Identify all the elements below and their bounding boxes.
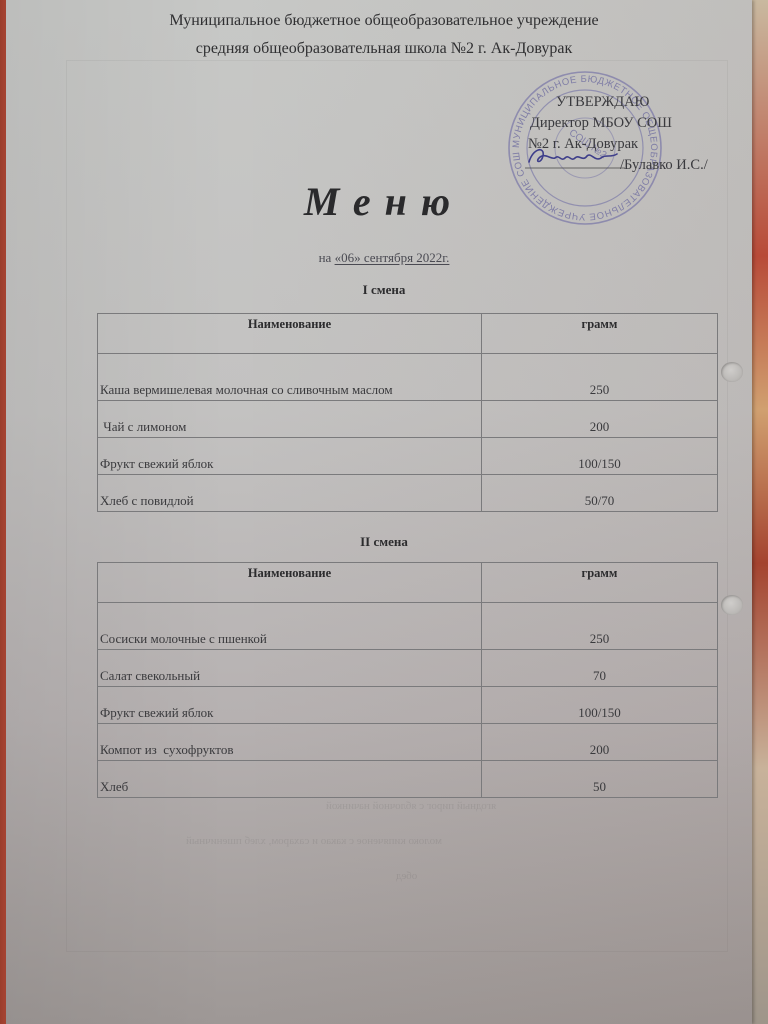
table-row: Хлеб с повидлой 50/70 <box>98 475 718 512</box>
dish-grams: 200 <box>482 401 718 438</box>
table-header-row: Наименование грамм <box>98 563 718 603</box>
shift-2-menu-table: Наименование грамм Сосиски молочные с пш… <box>97 562 718 798</box>
punch-hole <box>721 595 743 615</box>
dish-name: Компот из сухофруктов <box>98 724 482 761</box>
table-row: Фрукт свежий яблок 100/150 <box>98 438 718 475</box>
school-name-line-1: Муниципальное бюджетное общеобразователь… <box>0 12 768 30</box>
bleed-through-text: молоко кипяченое с какао и сахаром, хлеб… <box>186 835 442 847</box>
table-row: Чай с лимоном 200 <box>98 401 718 438</box>
bleed-through-text: обед <box>396 870 417 882</box>
dish-name: Хлеб <box>98 761 482 798</box>
table-row: Компот из сухофруктов 200 <box>98 724 718 761</box>
dish-grams: 50 <box>482 761 718 798</box>
table-row: Сосиски молочные с пшенкой 250 <box>98 603 718 650</box>
approval-position: Директор МБОУ СОШ <box>510 113 708 134</box>
dish-grams: 200 <box>482 724 718 761</box>
column-header-grams: грамм <box>482 314 718 354</box>
dish-grams: 250 <box>482 603 718 650</box>
dish-name: Хлеб с повидлой <box>98 475 482 512</box>
dish-grams: 100/150 <box>482 438 718 475</box>
school-name-line-2: средняя общеобразовательная школа №2 г. … <box>0 40 768 58</box>
dish-name: Фрукт свежий яблок <box>98 687 482 724</box>
punch-hole <box>721 362 743 382</box>
dish-name: Фрукт свежий яблок <box>98 438 482 475</box>
dish-name: Чай с лимоном <box>98 401 482 438</box>
date-prefix: на <box>319 250 335 265</box>
table-header-row: Наименование грамм <box>98 314 718 354</box>
column-header-name: Наименование <box>98 314 482 354</box>
signature <box>525 140 625 172</box>
dish-grams: 250 <box>482 354 718 401</box>
document-photo: ягодный пирог с яблочной начинкой молоко… <box>0 0 768 1024</box>
table-row: Салат свекольный 70 <box>98 650 718 687</box>
dish-grams: 100/150 <box>482 687 718 724</box>
table-row: Хлеб 50 <box>98 761 718 798</box>
dish-grams: 70 <box>482 650 718 687</box>
dish-grams: 50/70 <box>482 475 718 512</box>
bleed-through-text: ягодный пирог с яблочной начинкой <box>326 800 496 812</box>
date-value: «06» сентября 2022г. <box>335 250 450 265</box>
approval-heading: УТВЕРЖДАЮ <box>510 92 708 113</box>
dish-name: Каша вермишелевая молочная со сливочным … <box>98 354 482 401</box>
table-row: Каша вермишелевая молочная со сливочным … <box>98 354 718 401</box>
shift-1-menu-table: Наименование грамм Каша вермишелевая мол… <box>97 313 718 512</box>
dish-name: Салат свекольный <box>98 650 482 687</box>
table-row: Фрукт свежий яблок 100/150 <box>98 687 718 724</box>
column-header-name: Наименование <box>98 563 482 603</box>
dish-name: Сосиски молочные с пшенкой <box>98 603 482 650</box>
shift-1-label: I смена <box>0 282 768 298</box>
shift-2-label: II смена <box>0 534 768 550</box>
column-header-grams: грамм <box>482 563 718 603</box>
menu-date: на «06» сентября 2022г. <box>0 250 768 266</box>
